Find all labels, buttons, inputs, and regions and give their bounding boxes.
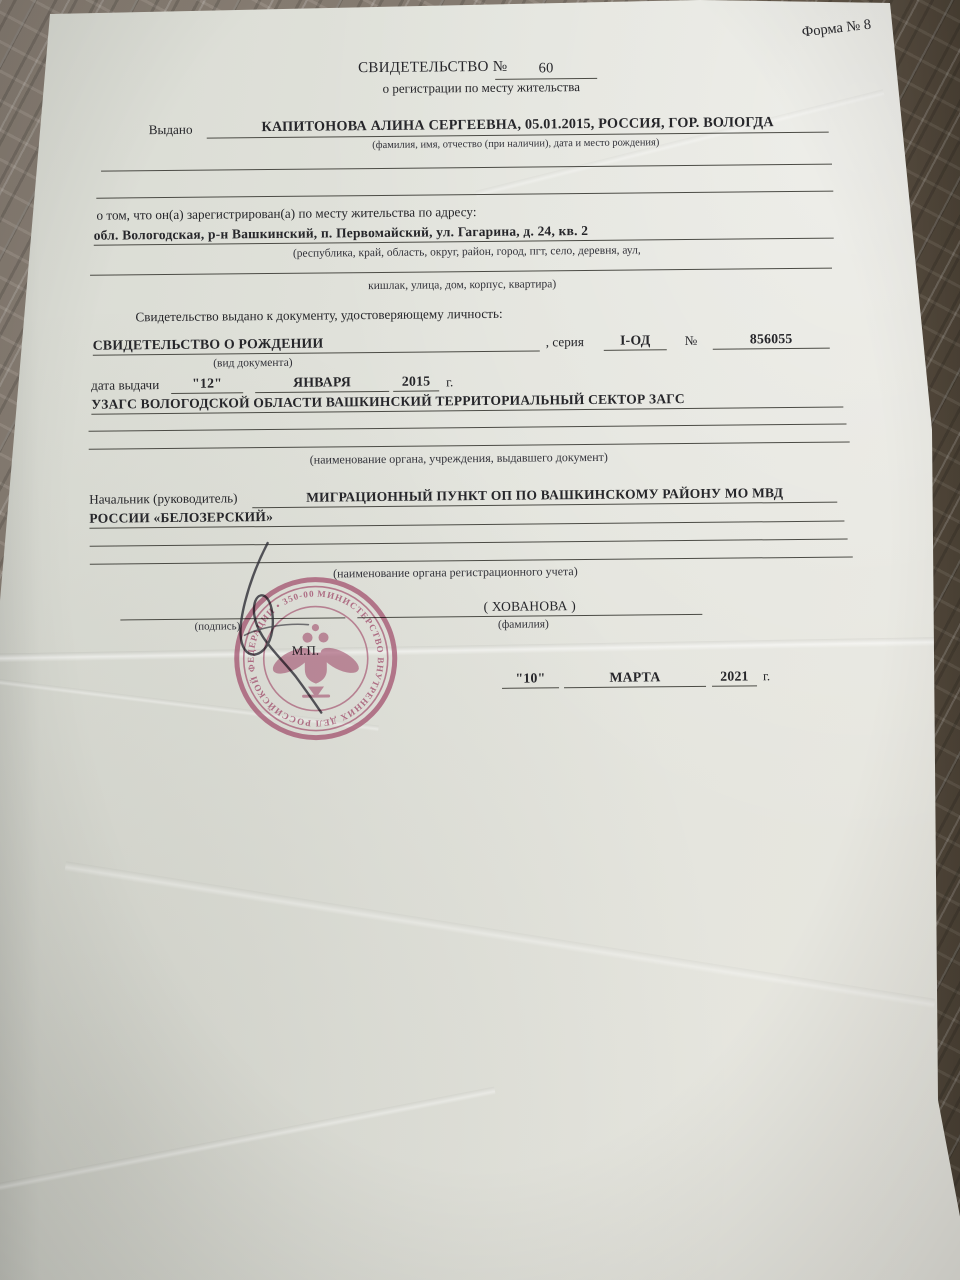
number-value: 856055 xyxy=(713,329,830,350)
reg-month-value: МАРТА xyxy=(564,667,706,688)
series-value: I-ОД xyxy=(604,330,667,351)
address-hint2: кишлак, улица, дом, корпус, квартира) xyxy=(297,278,627,293)
reg-day-value: "10" xyxy=(502,668,559,689)
reg-year-suffix: г. xyxy=(763,668,770,684)
document-content: Форма № 8 СВИДЕТЕЛЬСТВО № 60 о регистрац… xyxy=(0,0,960,1280)
stamp-eagle-emblem xyxy=(269,624,363,698)
issue-month-value: ЯНВАРЯ xyxy=(255,372,389,393)
form-number: Форма № 8 xyxy=(801,17,872,42)
photo-of-document: { "form": { "form_number": "Форма № 8", … xyxy=(0,0,960,1280)
title-line1: СВИДЕТЕЛЬСТВО № xyxy=(358,59,508,77)
identity-text: Свидетельство выдано к документу, удосто… xyxy=(135,306,502,326)
issued-value: КАПИТОНОВА АЛИНА СЕРГЕЕВНА, 05.01.2015, … xyxy=(207,113,829,139)
doc-type-hint: (вид документа) xyxy=(183,357,323,370)
number-sign: № xyxy=(685,333,698,349)
issued-hint: (фамилия, имя, отчество (при наличии), д… xyxy=(331,137,701,152)
blank-line xyxy=(89,441,850,449)
series-label: , серия xyxy=(546,334,584,350)
title-line2: о регистрации по месту жительства xyxy=(360,79,602,97)
blank-line xyxy=(90,268,832,276)
blank-line xyxy=(101,164,832,172)
blank-line xyxy=(89,423,847,431)
issue-year-value: 2015 xyxy=(393,371,439,391)
doc-type-value: СВИДЕТЕЛЬСТВО О РОЖДЕНИИ xyxy=(93,331,540,355)
registered-text: о том, что он(а) зарегистрирован(а) по м… xyxy=(96,204,476,224)
blank-line xyxy=(96,191,833,199)
address-hint1: (республика, край, область, округ, район… xyxy=(252,244,682,260)
surname-hint: (фамилия) xyxy=(423,618,623,632)
round-stamp: МИНИСТЕРСТВО ВНУТРЕННИХ ДЕЛ РОССИЙСКОЙ Ф… xyxy=(231,574,401,744)
address-value: обл. Вологодская, р-н Вашкинский, п. Пер… xyxy=(94,219,834,246)
issue-date-label: дата выдачи xyxy=(91,377,159,394)
certificate-number-value: 60 xyxy=(495,59,597,80)
issuing-org-hint: (наименование органа, учреждения, выдавш… xyxy=(239,449,679,468)
issue-day-value: "12" xyxy=(171,373,243,394)
surname-value: ( ХОВАНОВА ) xyxy=(357,595,702,618)
head-label: Начальник (руководитель) xyxy=(89,490,237,507)
year-suffix: г. xyxy=(446,374,453,390)
issued-label: Выдано xyxy=(149,122,193,138)
reg-year-value: 2021 xyxy=(712,666,757,686)
